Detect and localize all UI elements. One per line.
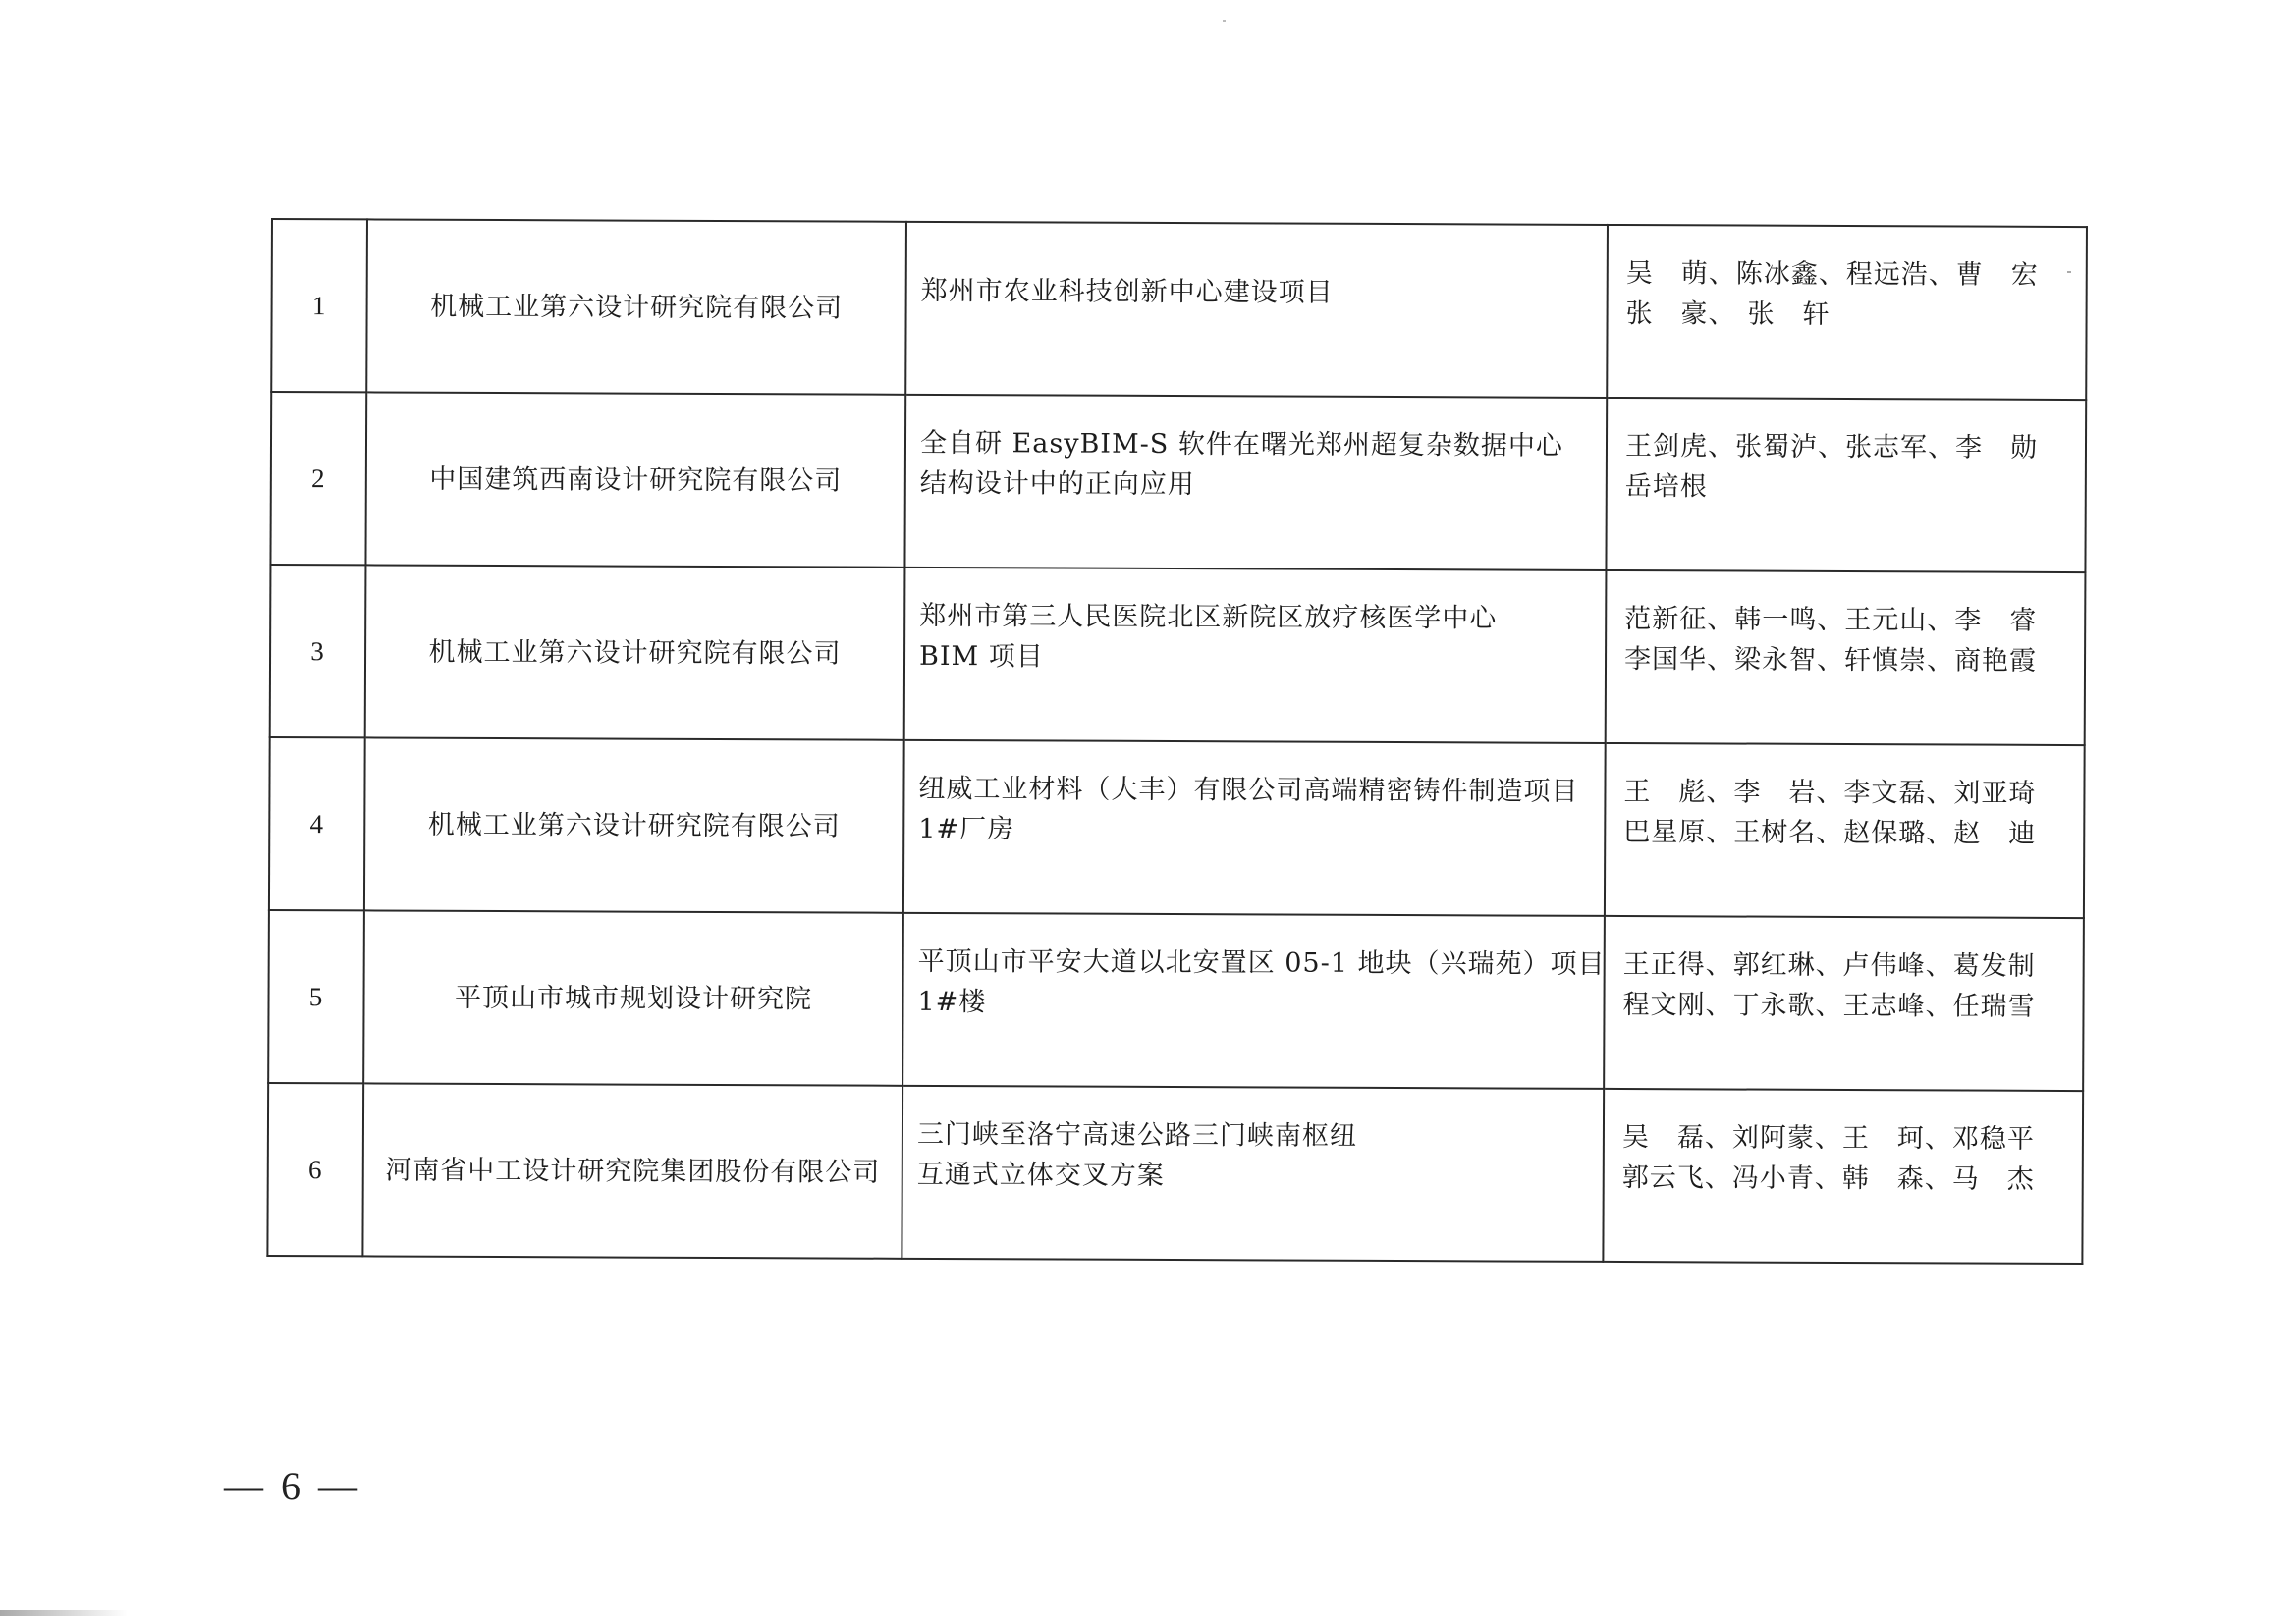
scan-speck [1223, 20, 1226, 22]
participant-name: 李国华、 [1624, 639, 1734, 679]
participant-name: 韩一鸣、 [1734, 600, 1844, 640]
participant-name: 任瑞雪 [1952, 986, 2035, 1026]
participant-name: 郭云飞、 [1622, 1158, 1732, 1198]
participant-name: 邓稳平 [1952, 1118, 2035, 1159]
row-number-cell: 3 [270, 565, 366, 737]
row-number-cell: 5 [268, 910, 364, 1083]
participant-name: 巴星原、 [1623, 812, 1733, 852]
participants-cell: 范新征、韩一鸣、王元山、李 睿李国华、梁永智、轩慎崇、商艳霞 [1606, 570, 2086, 745]
row-number-cell: 2 [270, 392, 366, 565]
table-row: 2 中国建筑西南设计研究院有限公司 全自研 EasyBIM-S 软件在曙光郑州超… [270, 392, 2086, 572]
participants-list: 王正得、郭红琳、卢伟峰、葛发制程文刚、丁永歌、王志峰、任瑞雪 [1622, 945, 2082, 1027]
participant-name: 郭红琳、 [1733, 946, 1843, 986]
project-name: 全自研 EasyBIM-S 软件在曙光郑州超复杂数据中心结构设计中的正向应用 [920, 423, 1606, 507]
organization-cell: 河南省中工设计研究院集团股份有限公司 [362, 1083, 902, 1258]
participants-line: 范新征、韩一鸣、王元山、李 睿 [1624, 599, 2037, 641]
participants-list: 吴 萌、陈冰鑫、程远浩、曹 宏张 豪、张 轩 [1625, 253, 2085, 336]
project-name-line: 郑州市农业科技创新中心建设项目 [921, 270, 1607, 313]
table-row: 3 机械工业第六设计研究院有限公司 郑州市第三人民医院北区新院区放疗核医学中心B… [270, 565, 2086, 745]
project-cell: 郑州市第三人民医院北区新院区放疗核医学中心BIM 项目 [904, 568, 1607, 743]
table-row: 1 机械工业第六设计研究院有限公司 郑州市农业科技创新中心建设项目 吴 萌、陈冰… [271, 219, 2087, 400]
table-row: 6 河南省中工设计研究院集团股份有限公司 三门峡至洛宁高速公路三门峡南枢纽互通式… [267, 1083, 2083, 1264]
participants-list: 王剑虎、张蜀泸、张志军、李 勋岳培根 [1625, 426, 2085, 509]
project-name-line: 三门峡至洛宁高速公路三门峡南枢纽 [917, 1114, 1603, 1158]
participant-name: 吴 萌、 [1626, 253, 1736, 294]
document-page: 1 机械工业第六设计研究院有限公司 郑州市农业科技创新中心建设项目 吴 萌、陈冰… [0, 0, 2296, 1623]
project-name: 三门峡至洛宁高速公路三门峡南枢纽互通式立体交叉方案 [917, 1114, 1603, 1198]
participant-name: 王元山、 [1844, 600, 1954, 640]
organization-name: 中国建筑西南设计研究院有限公司 [367, 459, 904, 501]
scan-edge-shadow [0, 1610, 128, 1616]
project-name-line: 1#厂房 [918, 809, 1604, 852]
project-name: 郑州市农业科技创新中心建设项目 [921, 270, 1607, 313]
page-number: — 6 — [224, 1463, 361, 1509]
participant-name: 李 勋 [1955, 427, 2038, 467]
organization-name: 机械工业第六设计研究院有限公司 [366, 631, 903, 674]
organization-cell: 中国建筑西南设计研究院有限公司 [365, 392, 905, 567]
project-cell: 纽威工业材料（大丰）有限公司高端精密铸件制造项目1#厂房 [903, 740, 1606, 916]
participant-name: 张 轩 [1747, 295, 1830, 335]
organization-name: 河南省中工设计研究院集团股份有限公司 [364, 1150, 902, 1192]
participant-name: 范新征、 [1624, 599, 1734, 639]
participant-name: 王剑虎、 [1625, 426, 1735, 466]
row-number: 4 [270, 804, 363, 844]
participant-name: 刘亚琦 [1953, 773, 2036, 813]
participant-name: 岳培根 [1625, 466, 1708, 507]
participants-line: 王正得、郭红琳、卢伟峰、葛发制 [1623, 945, 2036, 987]
project-name: 郑州市第三人民医院北区新院区放疗核医学中心BIM 项目 [919, 596, 1605, 679]
participants-list: 吴 磊、刘阿蒙、王 珂、邓稳平郭云飞、冯小青、韩 森、马 杰 [1622, 1117, 2082, 1200]
participants-cell: 吴 磊、刘阿蒙、王 珂、邓稳平郭云飞、冯小青、韩 森、马 杰 [1603, 1089, 2083, 1264]
participant-name: 王 珂、 [1842, 1118, 1952, 1159]
organization-name: 平顶山市城市规划设计研究院 [364, 977, 902, 1019]
participant-name: 轩慎崇、 [1844, 640, 1954, 680]
award-list-table: 1 机械工业第六设计研究院有限公司 郑州市农业科技创新中心建设项目 吴 萌、陈冰… [266, 218, 2088, 1265]
project-name-line: 互通式立体交叉方案 [917, 1155, 1603, 1198]
organization-cell: 机械工业第六设计研究院有限公司 [364, 737, 904, 912]
organization-cell: 平顶山市城市规划设计研究院 [363, 910, 903, 1085]
participant-name: 赵 迪 [1953, 813, 2036, 853]
project-name-line: 平顶山市平安大道以北安置区 05-1 地块（兴瑞苑）项目 [918, 942, 1604, 985]
participant-name: 刘阿蒙、 [1732, 1118, 1842, 1159]
project-name: 纽威工业材料（大丰）有限公司高端精密铸件制造项目1#厂房 [918, 769, 1604, 852]
participant-name: 张 豪、 [1625, 294, 1735, 334]
project-name-line: 郑州市第三人民医院北区新院区放疗核医学中心 [919, 596, 1605, 639]
participants-line: 吴 磊、刘阿蒙、王 珂、邓稳平 [1622, 1117, 2035, 1160]
participant-name: 丁永歌、 [1732, 986, 1842, 1026]
row-number-cell: 4 [269, 737, 365, 910]
participants-line: 张 豪、张 轩 [1625, 294, 2038, 336]
project-name-line: 结构设计中的正向应用 [920, 463, 1606, 507]
participant-name: 张志军、 [1845, 427, 1955, 467]
participants-line: 程文刚、丁永歌、王志峰、任瑞雪 [1622, 985, 2035, 1027]
organization-name: 机械工业第六设计研究院有限公司 [368, 286, 905, 328]
participants-list: 王 彪、李 岩、李文磊、刘亚琦巴星原、王树名、赵保璐、赵 迪 [1623, 772, 2083, 854]
participant-name: 陈冰鑫、 [1736, 254, 1846, 295]
participant-name: 李 岩、 [1733, 773, 1843, 813]
participant-name: 李 睿 [1954, 600, 2037, 640]
participant-name: 王志峰、 [1842, 986, 1952, 1026]
participants-line: 吴 萌、陈冰鑫、程远浩、曹 宏 [1626, 253, 2039, 296]
participant-name: 张蜀泸、 [1735, 427, 1845, 467]
row-number-cell: 1 [271, 219, 367, 392]
row-number: 6 [269, 1149, 362, 1189]
participants-cell: 吴 萌、陈冰鑫、程远浩、曹 宏张 豪、张 轩 [1607, 225, 2087, 400]
organization-cell: 机械工业第六设计研究院有限公司 [365, 565, 905, 739]
participant-name: 吴 磊、 [1622, 1117, 1732, 1158]
participants-line: 王剑虎、张蜀泸、张志军、李 勋 [1625, 426, 2038, 468]
project-cell: 全自研 EasyBIM-S 软件在曙光郑州超复杂数据中心结构设计中的正向应用 [904, 395, 1607, 570]
row-number-cell: 6 [267, 1083, 363, 1256]
row-number: 1 [273, 286, 366, 326]
row-number: 5 [269, 977, 362, 1017]
participants-line: 王 彪、李 岩、李文磊、刘亚琦 [1623, 772, 2036, 814]
participant-name: 王树名、 [1733, 813, 1843, 853]
participant-name: 韩 森、 [1842, 1159, 1952, 1199]
participant-name: 葛发制 [1953, 946, 2036, 986]
participant-name: 王 彪、 [1623, 772, 1733, 812]
participant-name: 梁永智、 [1734, 640, 1844, 680]
participant-name: 曹 宏 [1956, 254, 2039, 295]
participant-name: 赵保璐、 [1843, 813, 1953, 853]
participants-line: 郭云飞、冯小青、韩 森、马 杰 [1622, 1158, 2035, 1200]
participants-line: 李国华、梁永智、轩慎崇、商艳霞 [1624, 639, 2037, 681]
project-cell: 三门峡至洛宁高速公路三门峡南枢纽互通式立体交叉方案 [902, 1086, 1604, 1262]
participants-list: 范新征、韩一鸣、王元山、李 睿李国华、梁永智、轩慎崇、商艳霞 [1624, 599, 2084, 681]
participant-name: 冯小青、 [1732, 1159, 1842, 1199]
organization-cell: 机械工业第六设计研究院有限公司 [366, 219, 906, 394]
participant-name: 李文磊、 [1843, 773, 1953, 813]
row-number: 3 [271, 631, 364, 672]
project-name-line: BIM 项目 [919, 636, 1605, 679]
participants-line: 巴星原、王树名、赵保璐、赵 迪 [1623, 812, 2036, 854]
project-name-line: 全自研 EasyBIM-S 软件在曙光郑州超复杂数据中心 [920, 423, 1606, 466]
table-row: 4 机械工业第六设计研究院有限公司 纽威工业材料（大丰）有限公司高端精密铸件制造… [269, 737, 2085, 918]
participant-name: 程文刚、 [1622, 985, 1732, 1025]
participant-name: 马 杰 [1952, 1159, 2035, 1199]
participants-cell: 王剑虎、张蜀泸、张志军、李 勋岳培根 [1606, 398, 2086, 572]
project-name-line: 纽威工业材料（大丰）有限公司高端精密铸件制造项目 [918, 769, 1604, 812]
table-body: 1 机械工业第六设计研究院有限公司 郑州市农业科技创新中心建设项目 吴 萌、陈冰… [267, 219, 2087, 1264]
project-cell: 郑州市农业科技创新中心建设项目 [905, 222, 1608, 398]
participants-cell: 王正得、郭红琳、卢伟峰、葛发制程文刚、丁永歌、王志峰、任瑞雪 [1604, 916, 2084, 1091]
participants-line: 岳培根 [1625, 466, 2038, 509]
row-number: 2 [272, 459, 365, 499]
participant-name: 程远浩、 [1846, 254, 1956, 295]
participant-name: 商艳霞 [1954, 640, 2037, 680]
organization-name: 机械工业第六设计研究院有限公司 [365, 804, 902, 846]
participant-name: 卢伟峰、 [1843, 946, 1953, 986]
project-cell: 平顶山市平安大道以北安置区 05-1 地块（兴瑞苑）项目1#楼 [902, 913, 1605, 1089]
participants-cell: 王 彪、李 岩、李文磊、刘亚琦巴星原、王树名、赵保璐、赵 迪 [1605, 743, 2085, 918]
participant-name: 王正得、 [1623, 945, 1733, 985]
project-name-line: 1#楼 [917, 982, 1603, 1025]
table-row: 5 平顶山市城市规划设计研究院 平顶山市平安大道以北安置区 05-1 地块（兴瑞… [268, 910, 2084, 1091]
project-name: 平顶山市平安大道以北安置区 05-1 地块（兴瑞苑）项目1#楼 [917, 942, 1603, 1025]
